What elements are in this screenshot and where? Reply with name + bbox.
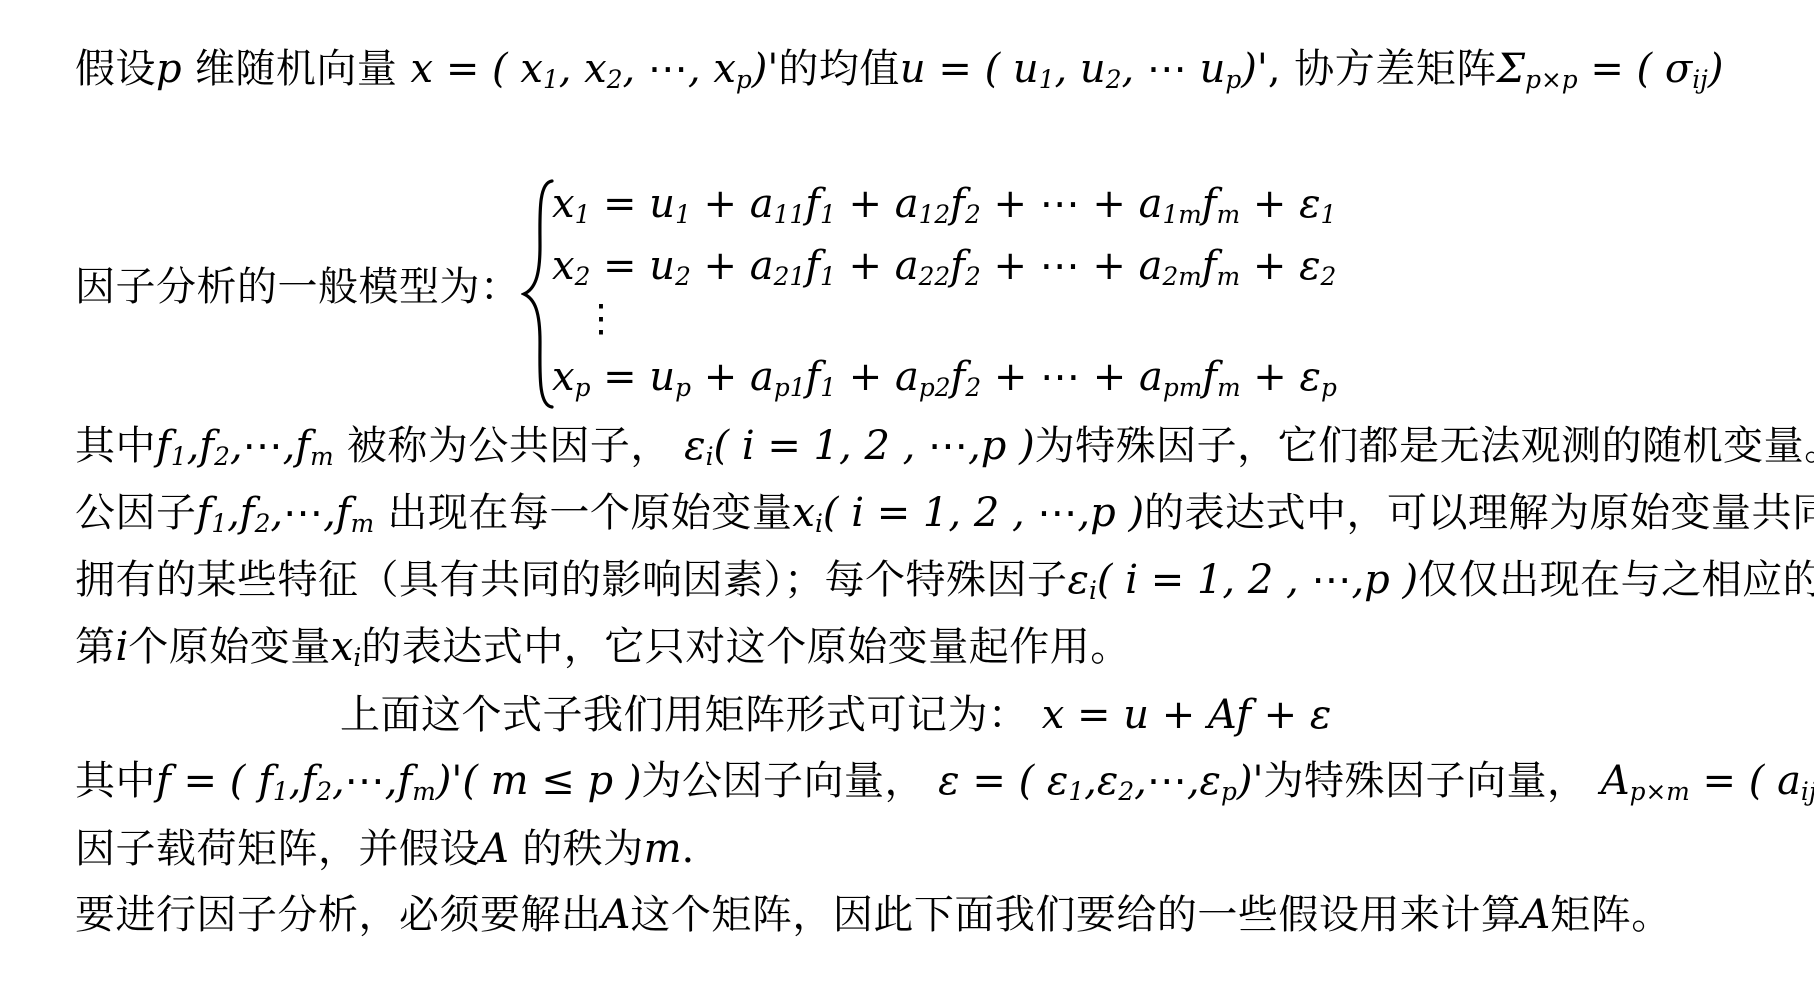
matrix-form-line: 上面这个式子我们用矩阵形式可记为： x = u + Af + ε: [340, 690, 1331, 740]
equation-row-p: xp = up + ap1f1 + ap2f2 + ⋯ + apmfm + εp: [552, 355, 1337, 399]
paragraph1-line4: 第i个原始变量xi的表达式中，它只对这个原始变量起作用。: [75, 622, 1131, 672]
paragraph1-line3: 拥有的某些特征（具有共同的影响因素）；每个特殊因子εi( i = 1, 2 , …: [75, 555, 1814, 605]
equation-row-1: x1 = u1 + a11f1 + a12f2 + ⋯ + a1mfm + ε1: [552, 182, 1336, 226]
intro-line: 假设p 维随机向量 x = ( x1, x2, ⋯, xp)'的均值u = ( …: [75, 44, 1723, 94]
paragraph1-line1: 其中f1,f2,⋯,fm 被称为公共因子， εi( i = 1, 2 , ⋯,p…: [75, 421, 1814, 471]
model-label: 因子分析的一般模型为：: [75, 262, 521, 312]
paragraph2-line2: 因子载荷矩阵，并假设A 的秩为m.: [75, 824, 695, 874]
paragraph1-line2: 公因子f1,f2,⋯,fm 出现在每一个原始变量xi( i = 1, 2 , ⋯…: [75, 488, 1814, 538]
left-curly-brace-icon: [521, 178, 555, 420]
equation-row-2: x2 = u2 + a21f1 + a22f2 + ⋯ + a2mfm + ε2: [552, 244, 1336, 288]
equation-row-vdots: ⋮: [582, 298, 620, 340]
document-page: 假设p 维随机向量 x = ( x1, x2, ⋯, xp)'的均值u = ( …: [0, 0, 1814, 984]
paragraph2-line1: 其中f = ( f1,f2,⋯,fm)'( m ≤ p )为公因子向量， ε =…: [75, 756, 1814, 806]
paragraph2-line3: 要进行因子分析，必须要解出A这个矩阵，因此下面我们要给的一些假设用来计算A矩阵。: [75, 890, 1672, 940]
